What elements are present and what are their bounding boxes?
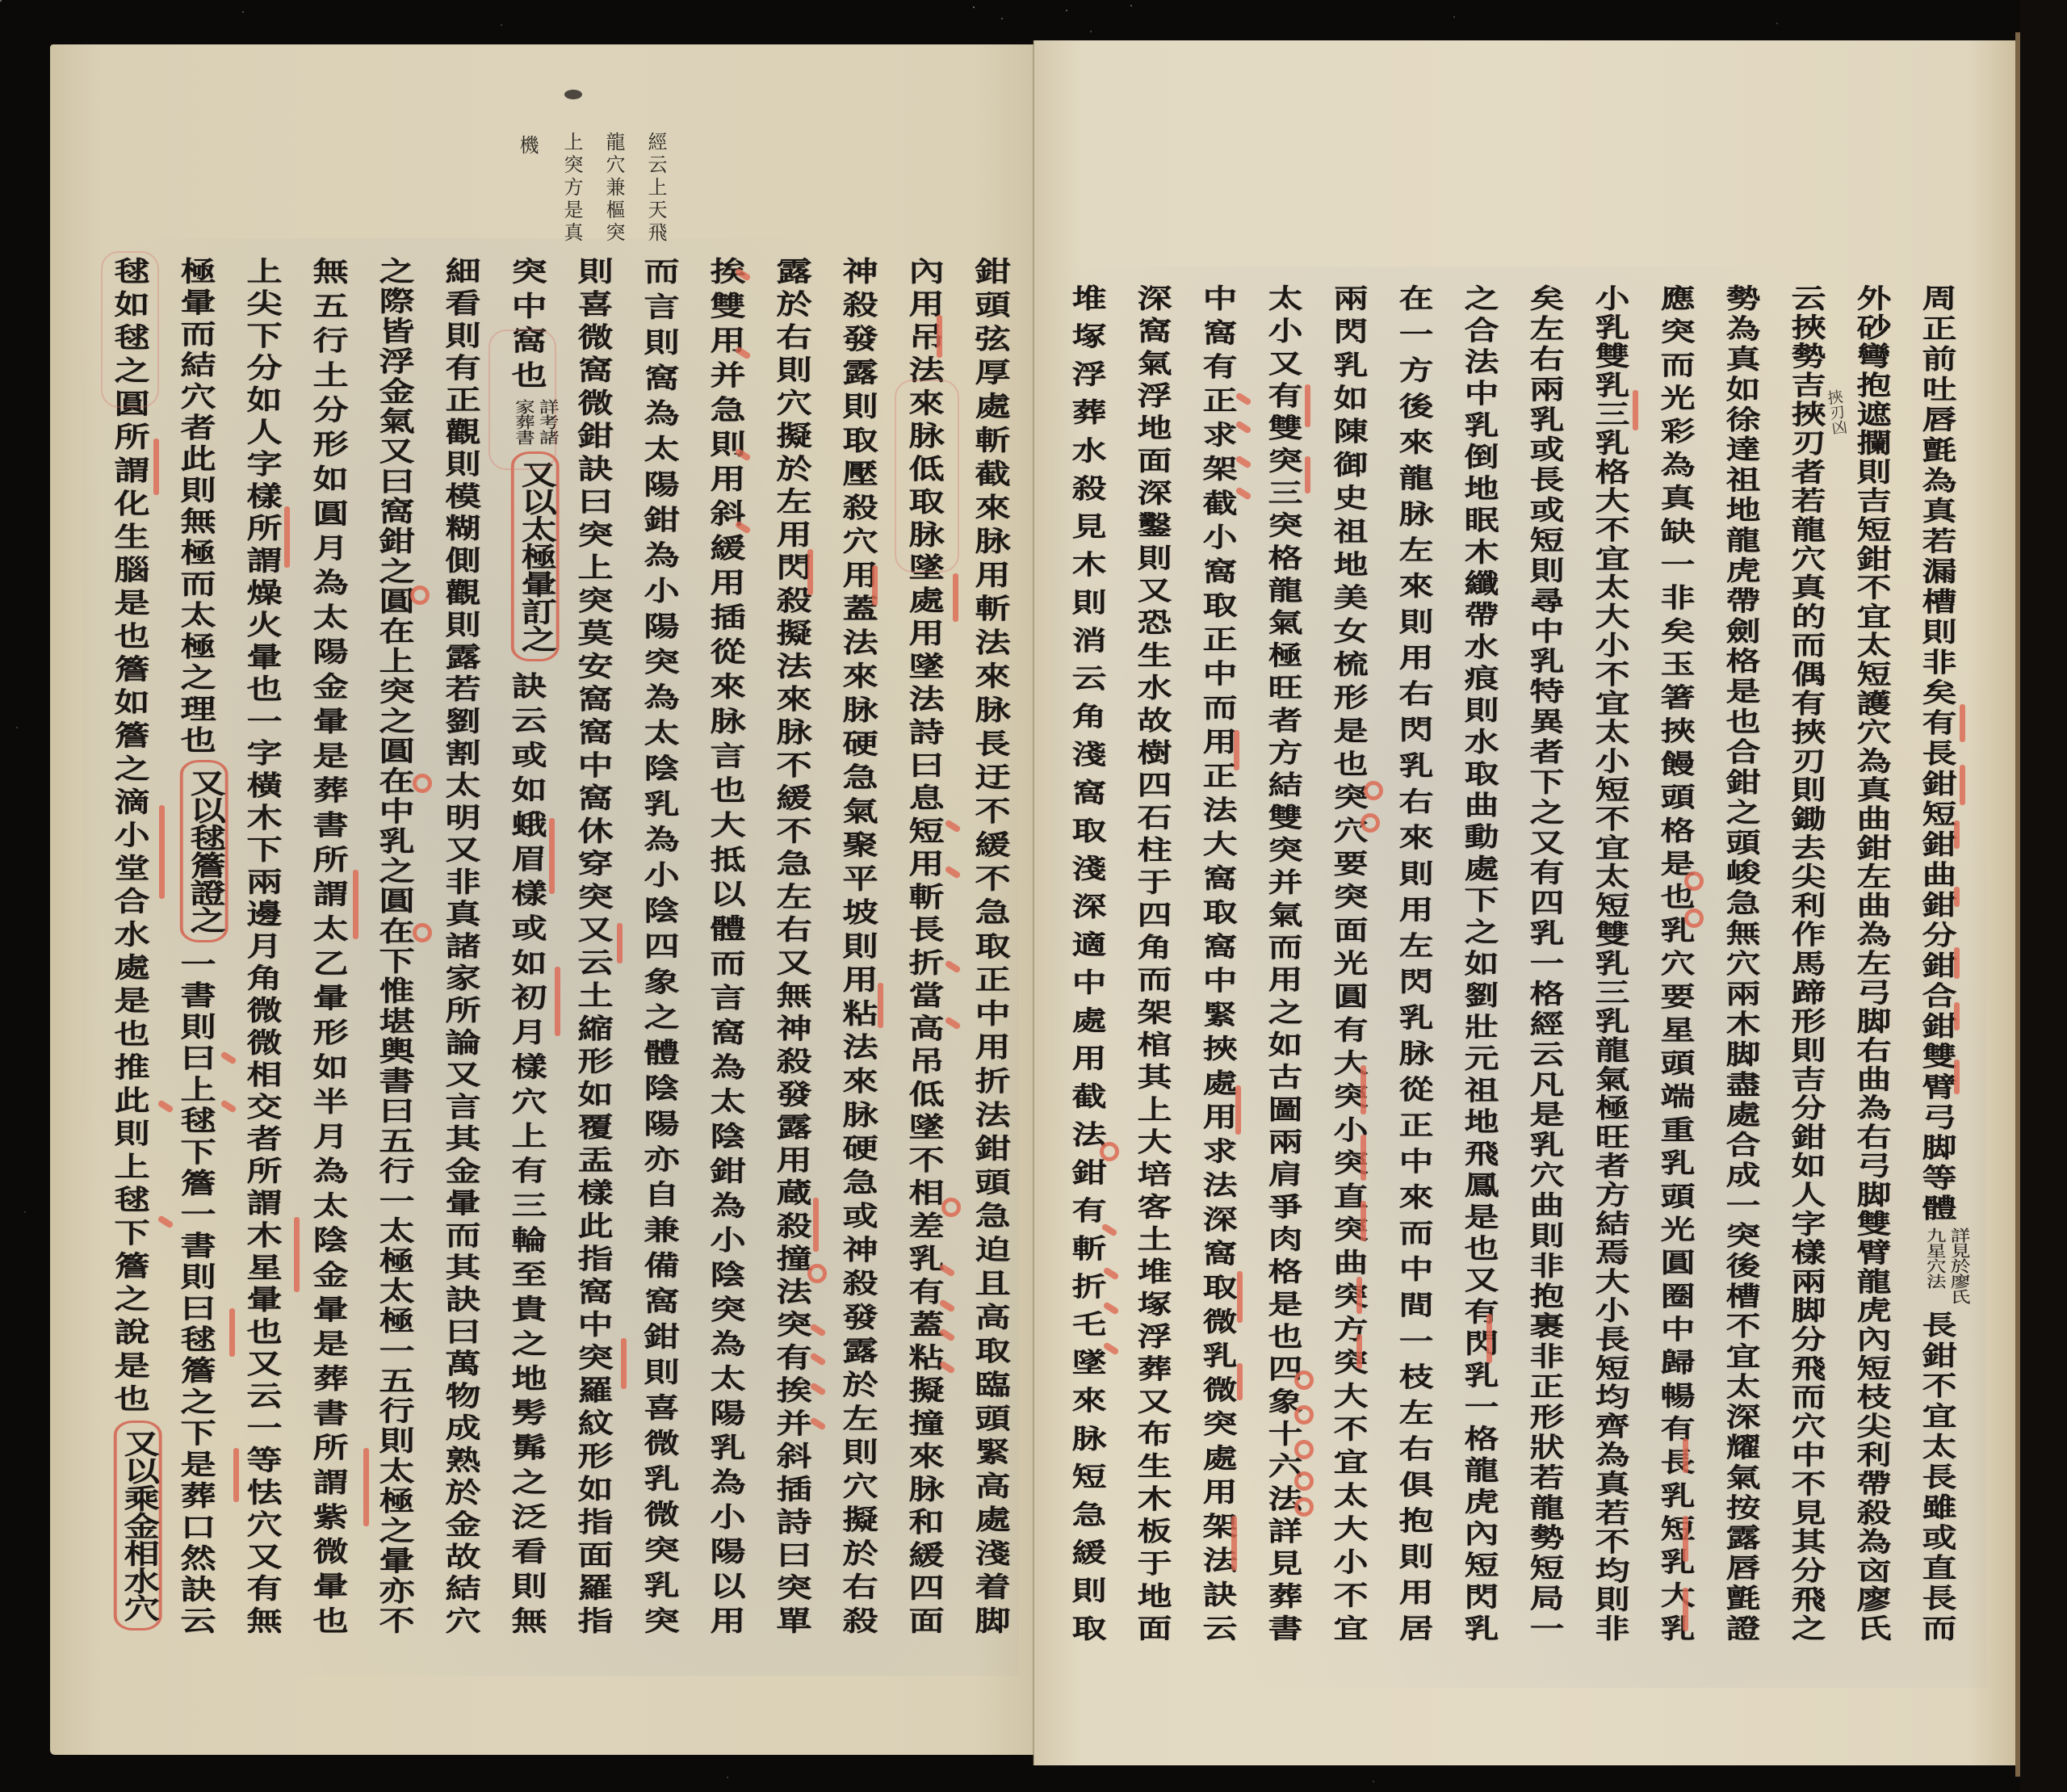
text-column: 毬如毬之圓所謂化生腦是也簷如簷之滴小堂合水處是也推此則上毬下簷之說是也又以乘金相… (86, 257, 172, 1634)
note-line-left: 九星穴法 (1922, 1228, 1947, 1304)
column-text: 毬如毬之圓所謂化生腦是也簷如簷之滴小堂合水處是也推此則上毬下簷之說是也 (107, 257, 149, 1417)
note-line-right: 詳考諸 (535, 399, 560, 445)
book-edge-shadow (2020, 0, 2067, 1792)
interlinear-note: 詳考諸家葬書 (511, 399, 560, 445)
left-page: 經云上天飛 龍穴兼樞突 上突方是真 機 鉗頭弦厚處斬截來脉用斬法來脉長迂不緩不急… (50, 44, 1033, 1755)
head-annotation-line: 機 (515, 135, 539, 157)
head-annotation-line: 龍穴兼樞突 (602, 132, 626, 245)
ink-blot (564, 90, 582, 99)
column-text: 極暈而結穴者此則無極而太極之理也 (174, 257, 216, 757)
note-line-right: 詳見於廖氏 (1947, 1228, 1971, 1304)
right-text-block: 周正前吐唇氈為真若漏槽則非矣有長鉗短鉗曲鉗分鉗合鉗雙臂弓脚等體詳見於廖氏九星穴法… (1054, 284, 1970, 1641)
scan-background-specks (0, 0, 2, 2)
interlinear-note: 詳見於廖氏九星穴法 (1922, 1228, 1971, 1304)
column-text: 長鉗不宜太長雖或直長而 (1917, 1307, 1958, 1641)
vermilion-boxed-phrase: 又以乘金相水穴 (113, 1421, 162, 1630)
note-line-left: 家葬書 (511, 399, 535, 445)
vermilion-boxed-phrase: 又以太極暈訂之 (510, 451, 560, 661)
left-text-block: 鉗頭弦厚處斬截來脉用斬法來脉長迂不緩不急取正中用折法鉗頭急迫且高取臨頭緊高處淺着… (95, 257, 1022, 1634)
text-column: 堆塚浮葬水殺見木則消云角淺窩取淺深適中處用截法鉗有斬折乇墜來脉短急緩則取 (1045, 284, 1130, 1641)
column-text: 一書則曰上毬下簷一書則曰毬簷之下是葬口然訣云 (174, 946, 216, 1634)
head-annotation-line: 經云上天飛 (644, 132, 668, 245)
head-annotation-line: 上突方是真 (560, 132, 584, 245)
column-text: 訣云或如蛾眉樣或如初月樣穴上有三輪至貴之地髣髴之泛看則無 (505, 665, 547, 1635)
vermilion-boxed-phrase: 又以毬簷證之 (179, 760, 229, 942)
book-gutter (1033, 40, 1034, 1765)
column-text: 突中窩也 (505, 257, 547, 396)
right-page: 挾刃凶 周正前吐唇氈為真若漏槽則非矣有長鉗短鉗曲鉗分鉗合鉗雙臂弓脚等體詳見於廖氏… (1033, 40, 2017, 1765)
column-text: 周正前吐唇氈為真若漏槽則非矣有長鉗短鉗曲鉗分鉗合鉗雙臂弓脚等體 (1917, 284, 1958, 1224)
